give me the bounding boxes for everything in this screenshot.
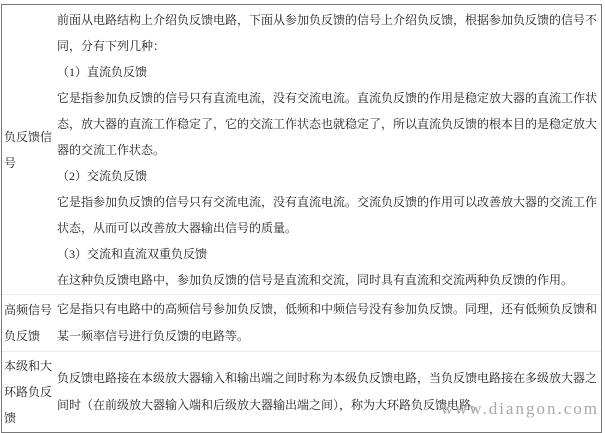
table-row-high-freq: 高频信号负反馈 它是指只有电路中的高频信号参加负反馈，低频和中频信号没有参加负反… xyxy=(2,294,601,351)
row-content-local-loop: 负反馈电路接在本级放大器输入和输出端之间时称为本级负反馈电路，当负反馈电路接在多… xyxy=(57,352,601,432)
paragraph-dc-body: 它是指参加负反馈的信号只有直流电流，没有交流电流。直流负反馈的作用是稳定放大器的… xyxy=(57,85,599,163)
paragraph-heading-ac: （2）交流负反馈 xyxy=(57,163,599,189)
paragraph-ac-body: 它是指参加负反馈的信号只有交流电流，没有直流电流。交流负反馈的作用可以改善放大器… xyxy=(57,189,599,241)
row-header-local-loop: 本级和大环路负反馈 xyxy=(2,352,57,432)
row-content-high-freq: 它是指只有电路中的高频信号参加负反馈，低频和中频信号没有参加负反馈。同理，还有低… xyxy=(57,295,601,351)
paragraph-high-freq-body: 它是指只有电路中的高频信号参加负反馈，低频和中频信号没有参加负反馈。同理，还有低… xyxy=(57,296,599,350)
table-row-feedback-signal: 负反馈信号 前面从电路结构上介绍负反馈电路，下面从参加负反馈的信号上介绍负反馈，… xyxy=(2,5,601,294)
feedback-types-table: 负反馈信号 前面从电路结构上介绍负反馈电路，下面从参加负反馈的信号上介绍负反馈，… xyxy=(1,4,602,433)
paragraph-heading-dc: （1）直流负反馈 xyxy=(57,59,599,85)
paragraph-heading-dual: （3）交流和直流双重负反馈 xyxy=(57,241,599,267)
table-row-local-loop: 本级和大环路负反馈 负反馈电路接在本级放大器输入和输出端之间时称为本级负反馈电路… xyxy=(2,351,601,432)
paragraph-dual-body: 在这种负反馈电路中，参加负反馈的信号是直流和交流，同时具有直流和交流两种负反馈的… xyxy=(57,267,599,293)
row-header-high-freq: 高频信号负反馈 xyxy=(2,295,57,351)
row-header-feedback-signal: 负反馈信号 xyxy=(2,5,57,294)
row-content-feedback-signal: 前面从电路结构上介绍负反馈电路，下面从参加负反馈的信号上介绍负反馈，根据参加负反… xyxy=(57,5,601,294)
site-watermark: www.diangon.com xyxy=(441,399,599,419)
document-page: 负反馈信号 前面从电路结构上介绍负反馈电路，下面从参加负反馈的信号上介绍负反馈，… xyxy=(0,0,605,433)
paragraph-intro: 前面从电路结构上介绍负反馈电路，下面从参加负反馈的信号上介绍负反馈，根据参加负反… xyxy=(57,7,599,59)
